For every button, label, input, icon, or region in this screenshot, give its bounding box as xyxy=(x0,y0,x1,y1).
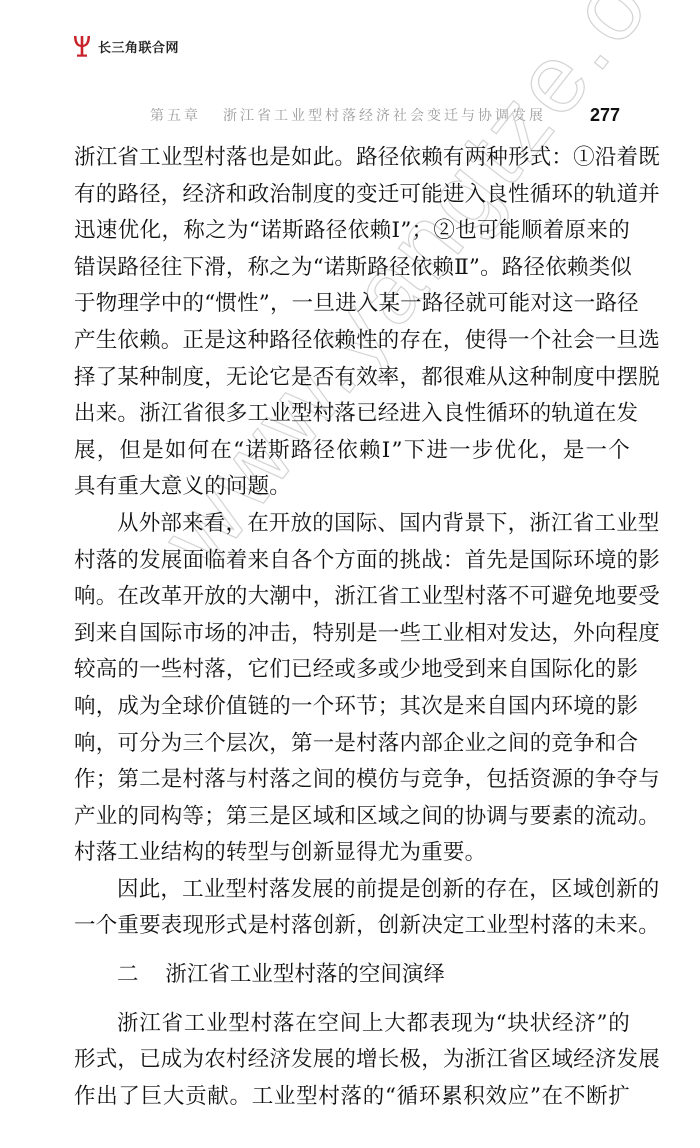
text-line: 响，可分为三个层次，第一是村落内部企业之间的竞争和合 xyxy=(74,726,630,763)
text-line: 于物理学中的“惯性”，一旦进入某一路径就可能对这一路径 xyxy=(74,286,630,323)
section-number: 二 xyxy=(117,962,139,987)
text-line: 展，但是如何在“诺斯路径依赖Ⅰ”下进一步优化，是一个 xyxy=(74,433,630,470)
text-line: 出来。浙江省很多工业型村落已经进入良性循环的轨道在发 xyxy=(74,396,630,433)
text-line: 村落的发展面临着来自各个方面的挑战：首先是国际环境的影 xyxy=(74,543,630,580)
text-line: 响。在改革开放的大潮中，浙江省工业型村落不可避免地要受 xyxy=(74,579,630,616)
psi-logo-icon xyxy=(72,34,92,58)
text-line: 作出了巨大贡献。工业型村落的“循环累积效应”在不断扩 xyxy=(74,1079,630,1116)
text-line: 择了某种制度，无论它是否有效率，都很难从这种制度中摆脱 xyxy=(74,360,630,397)
text-line: 迅速优化，称之为“诺斯路径依赖Ⅰ”；②也可能顺着原来的 xyxy=(74,213,630,250)
paragraph-3: 因此，工业型村落发展的前提是创新的存在，区域创新的 一个重要表现形式是村落创新，… xyxy=(74,872,630,945)
text-line: 响，成为全球价值链的一个环节；其次是来自国内环境的影 xyxy=(74,689,630,726)
section-title: 浙江省工业型村落的空间演绎 xyxy=(165,962,445,987)
text-line: 有的路径，经济和政治制度的变迁可能进入良性循环的轨道并 xyxy=(74,177,630,214)
site-logo[interactable]: 长三角联合网 xyxy=(72,34,179,58)
running-title: 浙江省工业型村落经济社会变迁与协调发展 xyxy=(223,105,546,125)
text-line: 形式，已成为农村经济发展的增长极，为浙江省区域经济发展 xyxy=(74,1042,630,1079)
text-line: 一个重要表现形式是村落创新，创新决定工业型村落的未来。 xyxy=(74,908,630,945)
running-head: 第五章 浙江省工业型村落经济社会变迁与协调发展 277 xyxy=(150,102,630,128)
text-line: 从外部来看，在开放的国际、国内背景下，浙江省工业型 xyxy=(74,506,630,543)
section-heading: 二 浙江省工业型村落的空间演绎 xyxy=(74,957,630,994)
text-line: 产业的同构等；第三是区域和区域之间的协调与要素的流动。 xyxy=(74,799,630,836)
paragraph-1: 浙江省工业型村落也是如此。路径依赖有两种形式：①沿着既 有的路径，经济和政治制度… xyxy=(74,140,630,506)
text-line: 村落工业结构的转型与创新显得尤为重要。 xyxy=(74,835,630,872)
text-line: 因此，工业型村落发展的前提是创新的存在，区域创新的 xyxy=(74,872,630,909)
text-line: 产生依赖。正是这种路径依赖性的存在，使得一个社会一旦选 xyxy=(74,323,630,360)
logo-text: 长三角联合网 xyxy=(98,37,179,56)
paragraph-4: 浙江省工业型村落在空间上大都表现为“块状经济”的 形式，已成为农村经济发展的增长… xyxy=(74,1006,630,1116)
page-number: 277 xyxy=(590,105,620,126)
text-line: 到来自国际市场的冲击，特别是一些工业相对发达，外向程度 xyxy=(74,616,630,653)
text-line: 浙江省工业型村落在空间上大都表现为“块状经济”的 xyxy=(74,1006,630,1043)
paragraph-2: 从外部来看，在开放的国际、国内背景下，浙江省工业型 村落的发展面临着来自各个方面… xyxy=(74,506,630,872)
text-line: 作；第二是村落与村落之间的模仿与竞争，包括资源的争夺与 xyxy=(74,762,630,799)
text-line: 错误路径往下滑，称之为“诺斯路径依赖Ⅱ”。路径依赖类似 xyxy=(74,250,630,287)
text-line: 较高的一些村落，它们已经或多或少地受到来自国际化的影 xyxy=(74,652,630,689)
text-line: 具有重大意义的问题。 xyxy=(74,469,630,506)
body-text: 浙江省工业型村落也是如此。路径依赖有两种形式：①沿着既 有的路径，经济和政治制度… xyxy=(74,140,630,1115)
text-line: 浙江省工业型村落也是如此。路径依赖有两种形式：①沿着既 xyxy=(74,140,630,177)
running-chapter: 第五章 xyxy=(150,105,201,125)
